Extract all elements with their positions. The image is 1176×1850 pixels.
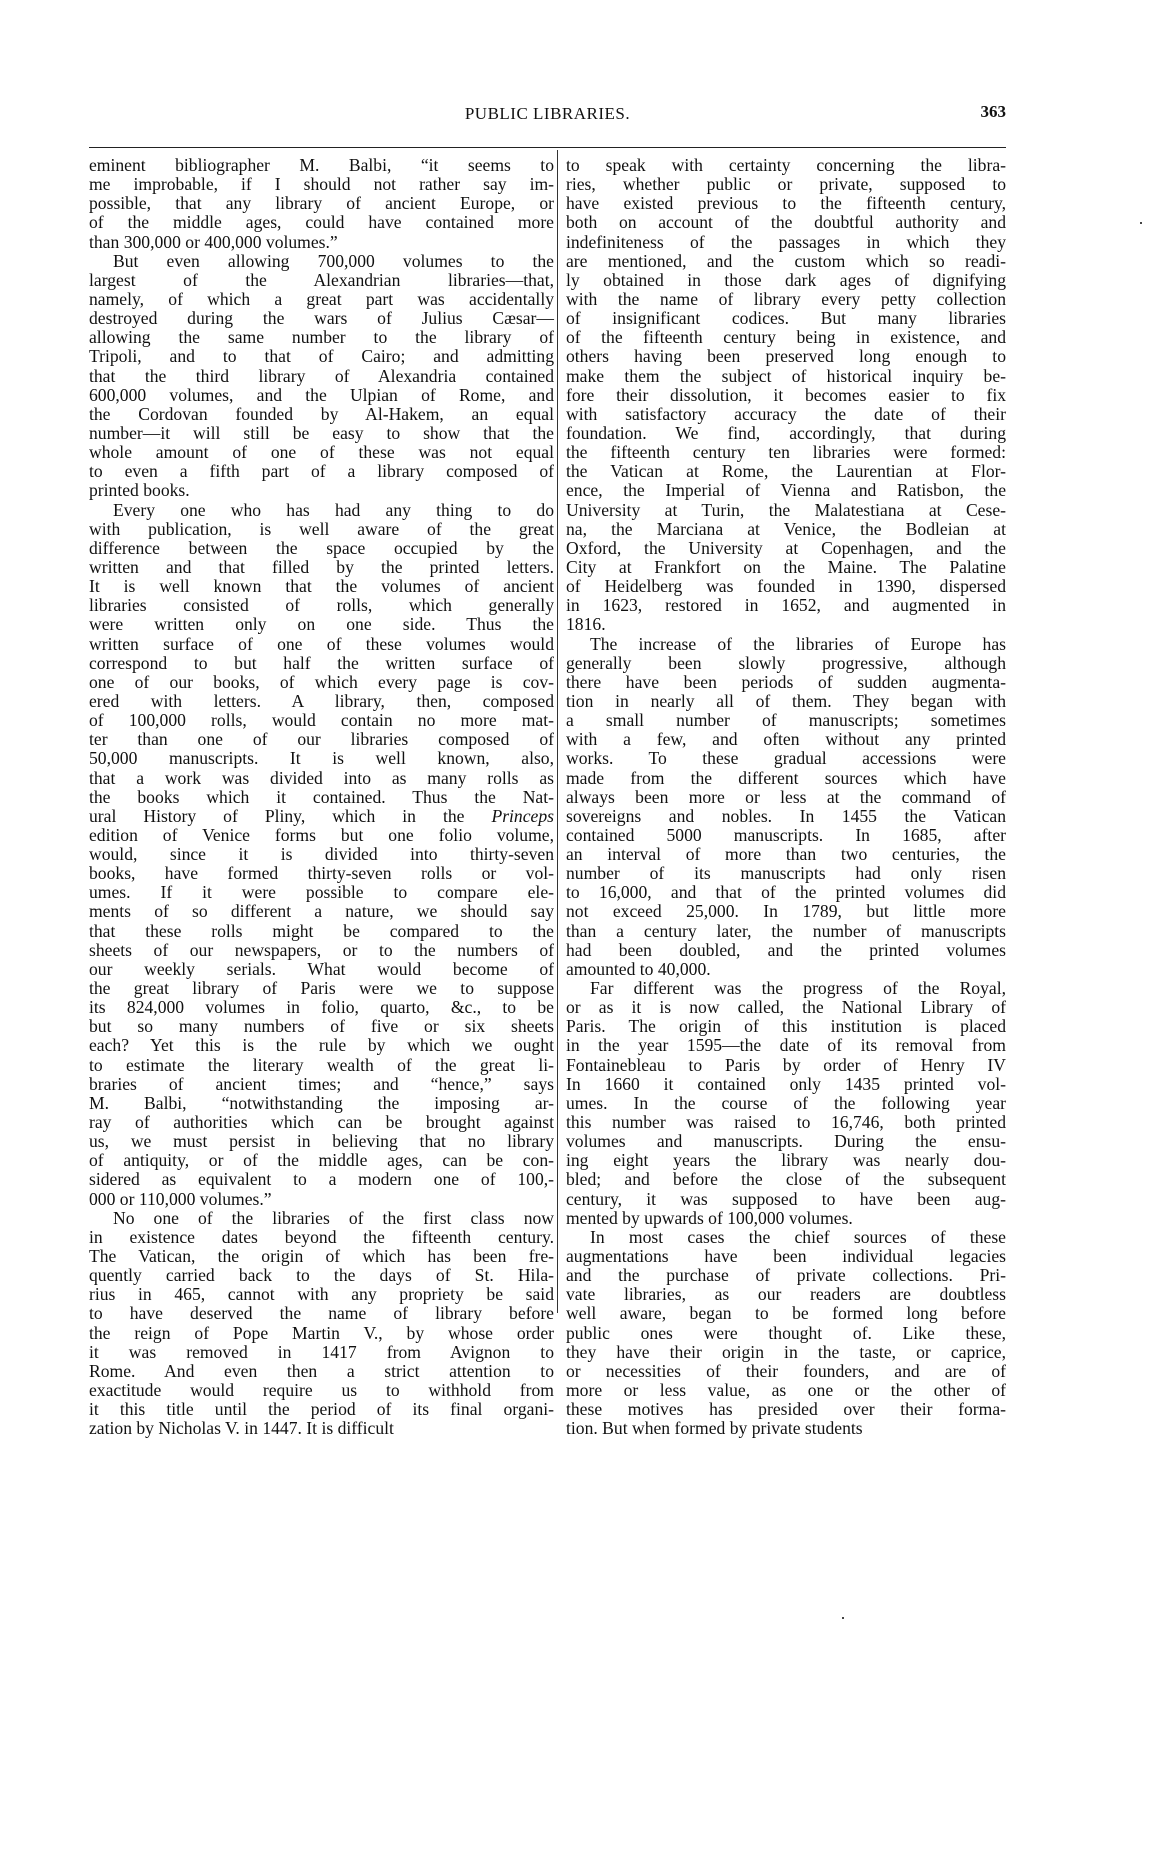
text-line: mented by upwards of 100,000 volumes. <box>566 1209 1006 1228</box>
text-line: Oxford, the University at Copenhagen, an… <box>566 539 1006 558</box>
text-line: It is well known that the volumes of anc… <box>89 577 554 596</box>
text-line: sidered as equivalent to a modern one of… <box>89 1170 554 1189</box>
column-divider <box>557 150 558 1313</box>
text-line: ing eight years the library was nearly d… <box>566 1151 1006 1170</box>
text-line: the reign of Pope Martin V., by whose or… <box>89 1324 554 1343</box>
text-line: there have been periods of sudden augmen… <box>566 673 1006 692</box>
right-column: to speak with certainty concerning the l… <box>566 156 1006 1438</box>
text-line: ence, the Imperial of Vienna and Ratisbo… <box>566 481 1006 500</box>
text-line: allowing the same number to the library … <box>89 328 554 347</box>
page-speck <box>842 1617 844 1619</box>
text-line: make them the subject of historical inqu… <box>566 367 1006 386</box>
text-line: of Heidelberg was founded in 1390, dispe… <box>566 577 1006 596</box>
text-line: ly obtained in those dark ages of dignif… <box>566 271 1006 290</box>
text-line: No one of the libraries of the first cla… <box>89 1209 554 1228</box>
text-line: us, we must persist in believing that no… <box>89 1132 554 1151</box>
page-header: PUBLIC LIBRARIES. 363 <box>89 100 1006 130</box>
text-line: to speak with certainty concerning the l… <box>566 156 1006 175</box>
text-line: City at Frankfort on the Maine. The Pala… <box>566 558 1006 577</box>
text-line: sovereigns and nobles. In 1455 the Vatic… <box>566 807 1006 826</box>
text-line: others having been preserved long enough… <box>566 347 1006 366</box>
text-line: zation by Nicholas V. in 1447. It is dif… <box>89 1419 554 1438</box>
text-line: are mentioned, and the custom which so r… <box>566 252 1006 271</box>
text-line: possible, that any library of ancient Eu… <box>89 194 554 213</box>
text-line: century, it was supposed to have been au… <box>566 1190 1006 1209</box>
text-line: The increase of the libraries of Europe … <box>566 635 1006 654</box>
text-line: an interval of more than two centuries, … <box>566 845 1006 864</box>
text-line: eminent bibliographer M. Balbi, “it seem… <box>89 156 554 175</box>
text-line: whole amount of one of these was not equ… <box>89 443 554 462</box>
text-line: difference between the space occupied by… <box>89 539 554 558</box>
text-line: or as it is now called, the National Lib… <box>566 998 1006 1017</box>
text-line: to even a fifth part of a library compos… <box>89 462 554 481</box>
text-line: that the third library of Alexandria con… <box>89 367 554 386</box>
text-line: have existed previous to the fifteenth c… <box>566 194 1006 213</box>
text-line: largest of the Alexandrian libraries—tha… <box>89 271 554 290</box>
text-line: this number was raised to 16,746, both p… <box>566 1113 1006 1132</box>
text-line: were written only on one side. Thus the <box>89 615 554 634</box>
text-line: written and that filled by the printed l… <box>89 558 554 577</box>
text-line: they have their origin in the taste, or … <box>566 1343 1006 1362</box>
text-line: made from the different sources which ha… <box>566 769 1006 788</box>
text-line: in existence dates beyond the fifteenth … <box>89 1228 554 1247</box>
text-line: with the name of library every petty col… <box>566 290 1006 309</box>
text-line: M. Balbi, “notwithstanding the imposing … <box>89 1094 554 1113</box>
text-line: to 16,000, and that of the printed volum… <box>566 883 1006 902</box>
text-line: But even allowing 700,000 volumes to the <box>89 252 554 271</box>
text-line: each? Yet this is the rule by which we o… <box>89 1036 554 1055</box>
text-line: of insignificant codices. But many libra… <box>566 309 1006 328</box>
text-line: ural History of Pliny, which in the Prin… <box>89 807 554 826</box>
text-line: Every one who has had any thing to do <box>89 501 554 520</box>
text-line: number of its manuscripts had only risen <box>566 864 1006 883</box>
text-line: well aware, began to be formed long befo… <box>566 1304 1006 1323</box>
text-line: would, since it is divided into thirty-s… <box>89 845 554 864</box>
text-line: umes. If it were possible to compare ele… <box>89 883 554 902</box>
italic-term: Princeps <box>491 806 554 826</box>
text-line: in the year 1595—the date of its removal… <box>566 1036 1006 1055</box>
text-line: umes. In the course of the following yea… <box>566 1094 1006 1113</box>
text-line: had been doubled, and the printed volume… <box>566 941 1006 960</box>
text-line: In 1660 it contained only 1435 printed v… <box>566 1075 1006 1094</box>
text-line: In most cases the chief sources of these <box>566 1228 1006 1247</box>
text-line: of 100,000 rolls, would contain no more … <box>89 711 554 730</box>
text-line: tion. But when formed by private student… <box>566 1419 1006 1438</box>
text-line: of antiquity, or of the middle ages, can… <box>89 1151 554 1170</box>
text-line: 50,000 manuscripts. It is well known, al… <box>89 749 554 768</box>
text-line: or necessities of their founders, and ar… <box>566 1362 1006 1381</box>
text-line: our weekly serials. What would become of <box>89 960 554 979</box>
text-line: both on account of the doubtful authorit… <box>566 213 1006 232</box>
text-line: namely, of which a great part was accide… <box>89 290 554 309</box>
text-line: to have deserved the name of library bef… <box>89 1304 554 1323</box>
text-line: contained 5000 manuscripts. In 1685, aft… <box>566 826 1006 845</box>
text-line: the Vatican at Rome, the Laurentian at F… <box>566 462 1006 481</box>
text-line: the fifteenth century ten libraries were… <box>566 443 1006 462</box>
text-line: one of our books, of which every page is… <box>89 673 554 692</box>
text-line: Rome. And even then a strict attention t… <box>89 1362 554 1381</box>
text-line: destroyed during the wars of Julius Cæsa… <box>89 309 554 328</box>
running-title: PUBLIC LIBRARIES. <box>89 104 1006 124</box>
text-line: it this title until the period of its fi… <box>89 1400 554 1419</box>
text-line: amounted to 40,000. <box>566 960 1006 979</box>
text-line: na, the Marciana at Venice, the Bodleian… <box>566 520 1006 539</box>
text-line: of the middle ages, could have contained… <box>89 213 554 232</box>
text-line: generally been slowly progressive, altho… <box>566 654 1006 673</box>
header-rule <box>89 147 1006 148</box>
text-line: with a few, and often without any printe… <box>566 730 1006 749</box>
text-line: to estimate the literary wealth of the g… <box>89 1056 554 1075</box>
text-line: 600,000 volumes, and the Ulpian of Rome,… <box>89 386 554 405</box>
text-line: Paris. The origin of this institution is… <box>566 1017 1006 1036</box>
page-speck <box>1140 222 1142 224</box>
text-line: ray of authorities which can be brought … <box>89 1113 554 1132</box>
text-line: in 1623, restored in 1652, and augmented… <box>566 596 1006 615</box>
text-line: its 824,000 volumes in folio, quarto, &c… <box>89 998 554 1017</box>
text-line: works. To these gradual accessions were <box>566 749 1006 768</box>
text-line: written surface of one of these volumes … <box>89 635 554 654</box>
text-line: augmentations have been individual legac… <box>566 1247 1006 1266</box>
text-line: a small number of manuscripts; sometimes <box>566 711 1006 730</box>
text-line: Tripoli, and to that of Cairo; and admit… <box>89 347 554 366</box>
text-line: these motives has presided over their fo… <box>566 1400 1006 1419</box>
text-line: it was removed in 1417 from Avignon to <box>89 1343 554 1362</box>
text-line: fore their dissolution, it becomes easie… <box>566 386 1006 405</box>
text-line: always been more or less at the command … <box>566 788 1006 807</box>
text-line: braries of ancient times; and “hence,” s… <box>89 1075 554 1094</box>
text-line: Fontainebleau to Paris by order of Henry… <box>566 1056 1006 1075</box>
text-line: vate libraries, as our readers are doubt… <box>566 1285 1006 1304</box>
text-line: not exceed 25,000. In 1789, but little m… <box>566 902 1006 921</box>
text-line: and the purchase of private collections.… <box>566 1266 1006 1285</box>
text-line: the Cordovan founded by Al-Hakem, an equ… <box>89 405 554 424</box>
text-line: printed books. <box>89 481 554 500</box>
text-line: rius in 465, cannot with any propriety b… <box>89 1285 554 1304</box>
text-line: ries, whether public or private, suppose… <box>566 175 1006 194</box>
text-line: edition of Venice forms but one folio vo… <box>89 826 554 845</box>
text-line: 000 or 110,000 volumes.” <box>89 1190 554 1209</box>
text-line: than 300,000 or 400,000 volumes.” <box>89 233 554 252</box>
text-line: that these rolls might be compared to th… <box>89 922 554 941</box>
text-line: correspond to but half the written surfa… <box>89 654 554 673</box>
text-line: ered with letters. A library, then, comp… <box>89 692 554 711</box>
text-line: ments of so different a nature, we shoul… <box>89 902 554 921</box>
text-line: indefiniteness of the passages in which … <box>566 233 1006 252</box>
text-line: of the fifteenth century being in existe… <box>566 328 1006 347</box>
text-line: number—it will still be easy to show tha… <box>89 424 554 443</box>
text-line: exactitude would require us to withhold … <box>89 1381 554 1400</box>
text-line: with satisfactory accuracy the date of t… <box>566 405 1006 424</box>
text-line: more or less value, as one or the other … <box>566 1381 1006 1400</box>
text-line: Far different was the progress of the Ro… <box>566 979 1006 998</box>
text-line: the great library of Paris were we to su… <box>89 979 554 998</box>
text-line: but so many numbers of five or six sheet… <box>89 1017 554 1036</box>
text-line: libraries consisted of rolls, which gene… <box>89 596 554 615</box>
text-line: that a work was divided into as many rol… <box>89 769 554 788</box>
text-line: The Vatican, the origin of which has bee… <box>89 1247 554 1266</box>
text-line: tion in nearly all of them. They began w… <box>566 692 1006 711</box>
page-number: 363 <box>981 102 1007 122</box>
text-line: books, have formed thirty-seven rolls or… <box>89 864 554 883</box>
text-line: me improbable, if I should not rather sa… <box>89 175 554 194</box>
text-line: the books which it contained. Thus the N… <box>89 788 554 807</box>
text-line: University at Turin, the Malatestiana at… <box>566 501 1006 520</box>
text-line: sheets of our newspapers, or to the numb… <box>89 941 554 960</box>
text-line: bled; and before the close of the subseq… <box>566 1170 1006 1189</box>
text-line: foundation. We find, accordingly, that d… <box>566 424 1006 443</box>
text-line: public ones were thought of. Like these, <box>566 1324 1006 1343</box>
text-line: with publication, is well aware of the g… <box>89 520 554 539</box>
text-line: 1816. <box>566 615 1006 634</box>
text-line: ter than one of our libraries composed o… <box>89 730 554 749</box>
text-line: than a century later, the number of manu… <box>566 922 1006 941</box>
left-column: eminent bibliographer M. Balbi, “it seem… <box>89 156 554 1438</box>
text-line: volumes and manuscripts. During the ensu… <box>566 1132 1006 1151</box>
text-line: quently carried back to the days of St. … <box>89 1266 554 1285</box>
